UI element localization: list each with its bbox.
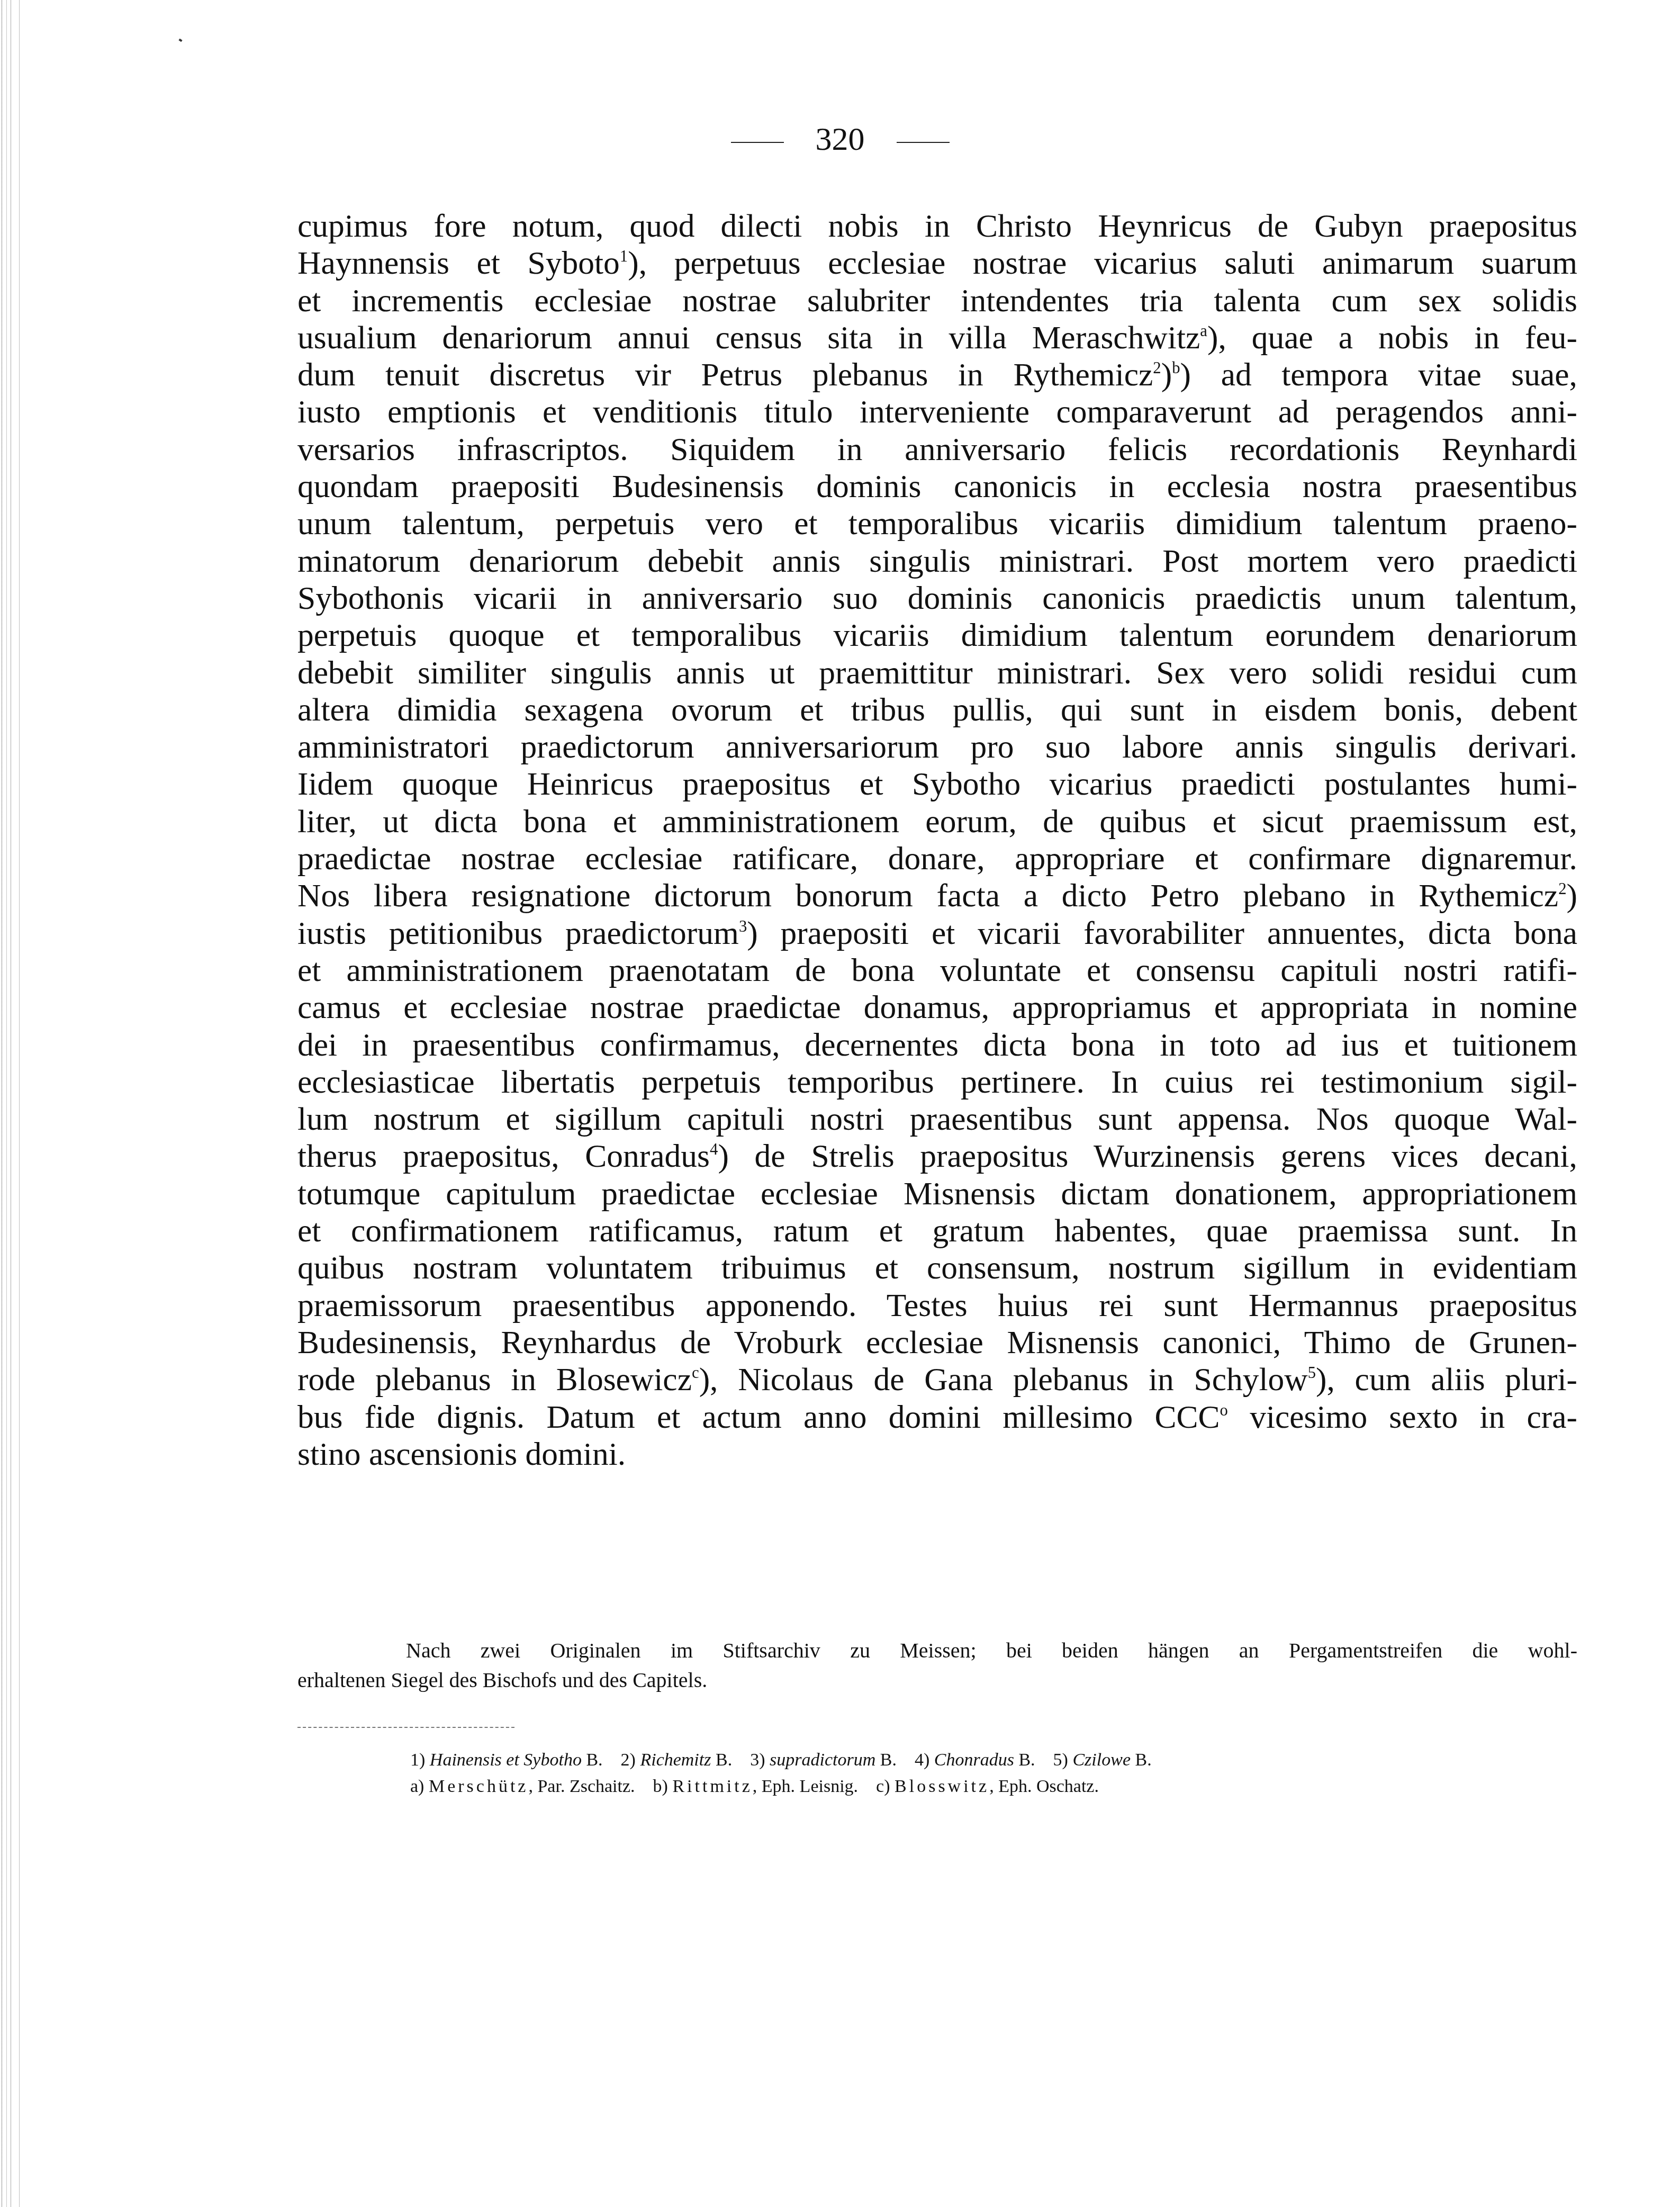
footnote-part: 5)	[1053, 1750, 1073, 1770]
text-run: iusto emptionis et venditionis titulo in…	[297, 394, 1577, 430]
text-run: therus praepositus, Conradus	[297, 1138, 710, 1174]
source-note-line-1: Nach zwei Originalen im Stiftsarchiv zu …	[297, 1636, 1577, 1665]
footnote-item: b) Rittmitz, Eph. Leisnig.	[653, 1777, 877, 1796]
footnote-item: 1) Hainensis et Sybotho B.	[410, 1750, 621, 1770]
footnotes: 1) Hainensis et Sybotho B. 2) Richemitz …	[410, 1747, 1170, 1800]
text-line: bus fide dignis. Datum et actum anno dom…	[297, 1399, 1577, 1436]
source-note-line-2: erhaltenen Siegel des Bischofs und des C…	[297, 1665, 1577, 1695]
source-note: Nach zwei Originalen im Stiftsarchiv zu …	[297, 1636, 1577, 1695]
text-line: iustis petitionibus praedictorum3) praep…	[297, 915, 1577, 952]
footnote-marker: 1	[620, 247, 628, 265]
text-run: dei in praesentibus confirmamus, decerne…	[297, 1027, 1577, 1063]
text-line: versarios infrascriptos. Siquidem in ann…	[297, 431, 1577, 468]
text-run: Budesinensis, Reynhardus de Vroburk eccl…	[297, 1325, 1577, 1361]
footnote-part: c)	[876, 1777, 895, 1796]
page-header: 320	[0, 121, 1680, 158]
text-line: et confirmationem ratificamus, ratum et …	[297, 1212, 1577, 1249]
charter-text: cupimus fore notum, quod dilecti nobis i…	[297, 208, 1577, 1473]
text-run: rode plebanus in Blosewicz	[297, 1362, 692, 1398]
text-run: camus et ecclesiae nostrae praedictae do…	[297, 989, 1577, 1025]
footnotes-lettered: a) Merschütz, Par. Zschaitz. b) Rittmitz…	[410, 1773, 1170, 1800]
text-run: et confirmationem ratificamus, ratum et …	[297, 1213, 1577, 1249]
footnote-marker: 4	[710, 1140, 718, 1158]
text-run: ), perpetuus ecclesiae nostrae vicarius …	[628, 245, 1577, 281]
footnote-marker: c	[692, 1364, 699, 1382]
footnote-part: Hainensis et Sybotho	[430, 1750, 582, 1770]
text-line: praemissorum praesentibus apponendo. Tes…	[297, 1287, 1577, 1324]
text-run: iustis petitionibus praedictorum	[297, 915, 739, 951]
footnotes-numbered: 1) Hainensis et Sybotho B. 2) Richemitz …	[410, 1747, 1170, 1773]
text-run: Haynnensis et Syboto	[297, 245, 620, 281]
text-run: )	[1161, 357, 1172, 393]
text-line: cupimus fore notum, quod dilecti nobis i…	[297, 208, 1577, 245]
text-run: cupimus fore notum, quod dilecti nobis i…	[297, 208, 1577, 244]
footnote-part: Czilowe	[1072, 1750, 1131, 1770]
text-line: minatorum denariorum debebit annis singu…	[297, 543, 1577, 580]
text-run: debebit similiter singulis annis ut prae…	[297, 655, 1577, 691]
scan-binding-edge	[0, 0, 29, 2207]
text-line: quibus nostram voluntatem tribuimus et c…	[297, 1249, 1577, 1286]
text-run: Sybothonis vicarii in anniversario suo d…	[297, 580, 1577, 616]
text-run: ) de Strelis praepositus Wurzinensis ger…	[718, 1138, 1577, 1174]
text-run: ), quae a nobis in feu-	[1207, 320, 1577, 356]
text-run: et amministrationem praenotatam de bona …	[297, 952, 1577, 988]
footnote-part: 3)	[750, 1750, 770, 1770]
text-run: ) praepositi et vicarii favorabiliter an…	[747, 915, 1577, 951]
footnote-item: c) Blosswitz, Eph. Oschatz.	[876, 1777, 1117, 1796]
footnote-item: a) Merschütz, Par. Zschaitz.	[410, 1777, 653, 1796]
text-run: quibus nostram voluntatem tribuimus et c…	[297, 1250, 1577, 1286]
text-line: stino ascensionis domini.	[297, 1436, 1577, 1473]
text-line: therus praepositus, Conradus4) de Streli…	[297, 1138, 1577, 1175]
footnote-part: B.	[875, 1750, 915, 1770]
footnote-part: 4)	[915, 1750, 934, 1770]
text-run: Iidem quoque Heinricus praepositus et Sy…	[297, 766, 1577, 802]
footnote-part: Chonradus	[934, 1750, 1014, 1770]
text-line: et amministrationem praenotatam de bona …	[297, 952, 1577, 989]
footnote-part: B.	[582, 1750, 621, 1770]
text-run: bus fide dignis. Datum et actum anno dom…	[297, 1399, 1220, 1435]
text-run: lum nostrum et sigillum capituli nostri …	[297, 1101, 1577, 1137]
text-run: usualium denariorum annui census sita in…	[297, 320, 1200, 356]
footnote-marker: a	[1200, 322, 1207, 340]
footnote-part: B.	[711, 1750, 751, 1770]
footnote-part: b)	[653, 1777, 673, 1796]
text-run: et incrementis ecclesiae nostrae salubri…	[297, 283, 1577, 319]
footnote-part: Blosswitz	[895, 1777, 989, 1796]
footnote-marker: b	[1172, 359, 1180, 377]
text-run: ecclesiasticae libertatis perpetuis temp…	[297, 1064, 1577, 1100]
text-run: quondam praepositi Budesinensis dominis …	[297, 469, 1577, 505]
scan-speck	[178, 39, 182, 42]
text-line: Nos libera resignatione dictorum bonorum…	[297, 877, 1577, 914]
text-line: liter, ut dicta bona et amministrationem…	[297, 803, 1577, 840]
text-run: ) ad tempora vitae suae,	[1180, 357, 1577, 393]
footnote-part: 1)	[410, 1750, 430, 1770]
text-line: et incrementis ecclesiae nostrae salubri…	[297, 282, 1577, 319]
footnote-part: 2)	[621, 1750, 640, 1770]
footnote-part: , Par. Zschaitz.	[528, 1777, 653, 1796]
text-run: vicesimo sexto in cra-	[1228, 1399, 1577, 1435]
footnote-part: Richemitz	[640, 1750, 711, 1770]
text-run: amministratori praedictorum anniversario…	[297, 729, 1577, 765]
footnote-part: a)	[410, 1777, 429, 1796]
text-line: Sybothonis vicarii in anniversario suo d…	[297, 580, 1577, 617]
text-line: altera dimidia sexagena ovorum et tribus…	[297, 691, 1577, 728]
footnote-item: 4) Chonradus B.	[915, 1750, 1053, 1770]
text-line: camus et ecclesiae nostrae praedictae do…	[297, 989, 1577, 1026]
text-line: iusto emptionis et venditionis titulo in…	[297, 393, 1577, 430]
text-line: debebit similiter singulis annis ut prae…	[297, 654, 1577, 691]
footnote-part: B.	[1131, 1750, 1170, 1770]
footnote-marker: 5	[1308, 1364, 1316, 1382]
text-run: totumque capitulum praedictae ecclesiae …	[297, 1176, 1577, 1212]
text-run: liter, ut dicta bona et amministrationem…	[297, 804, 1577, 840]
footnote-marker: 3	[739, 917, 747, 935]
footnote-marker: o	[1220, 1401, 1228, 1419]
text-line: perpetuis quoque et temporalibus vicarii…	[297, 617, 1577, 654]
footnote-separator	[297, 1727, 514, 1728]
text-line: rode plebanus in Blosewiczc), Nicolaus d…	[297, 1361, 1577, 1398]
text-run: ), Nicolaus de Gana plebanus in Schylow	[699, 1362, 1308, 1398]
text-line: unum talentum, perpetuis vero et tempora…	[297, 505, 1577, 542]
text-line: Haynnensis et Syboto1), perpetuus eccles…	[297, 245, 1577, 282]
header-rule-right	[897, 142, 950, 143]
footnote-part: supradictorum	[770, 1750, 875, 1770]
footnote-item: 5) Czilowe B.	[1053, 1750, 1170, 1770]
text-line: amministratori praedictorum anniversario…	[297, 728, 1577, 765]
footnote-item: 2) Richemitz B.	[621, 1750, 751, 1770]
footnote-marker: 2	[1558, 880, 1566, 898]
text-run: dum tenuit discretus vir Petrus plebanus…	[297, 357, 1153, 393]
footnote-part: , Eph. Oschatz.	[989, 1777, 1117, 1796]
footnote-part: Rittmitz	[672, 1777, 752, 1796]
text-line: Budesinensis, Reynhardus de Vroburk eccl…	[297, 1324, 1577, 1361]
text-run: Nos libera resignatione dictorum bonorum…	[297, 878, 1558, 914]
footnote-marker: 2	[1153, 359, 1161, 377]
text-run: perpetuis quoque et temporalibus vicarii…	[297, 617, 1577, 653]
footnote-item: 3) supradictorum B.	[750, 1750, 915, 1770]
text-line: totumque capitulum praedictae ecclesiae …	[297, 1175, 1577, 1212]
text-run: unum talentum, perpetuis vero et tempora…	[297, 506, 1577, 542]
text-line: usualium denariorum annui census sita in…	[297, 319, 1577, 356]
text-run: versarios infrascriptos. Siquidem in ann…	[297, 431, 1577, 467]
text-line: Iidem quoque Heinricus praepositus et Sy…	[297, 765, 1577, 803]
footnote-part: B.	[1014, 1750, 1053, 1770]
text-run: ), cum aliis pluri-	[1316, 1362, 1577, 1398]
text-run: praedictae nostrae ecclesiae ratificare,…	[297, 841, 1577, 877]
footnote-part: Merschütz	[429, 1777, 529, 1796]
text-line: praedictae nostrae ecclesiae ratificare,…	[297, 840, 1577, 877]
text-run: altera dimidia sexagena ovorum et tribus…	[297, 692, 1577, 728]
text-run: praemissorum praesentibus apponendo. Tes…	[297, 1287, 1577, 1323]
page-number: 320	[816, 121, 865, 157]
text-line: ecclesiasticae libertatis perpetuis temp…	[297, 1064, 1577, 1101]
text-run: stino ascensionis domini.	[297, 1436, 626, 1472]
text-line: dum tenuit discretus vir Petrus plebanus…	[297, 356, 1577, 393]
text-line: lum nostrum et sigillum capituli nostri …	[297, 1101, 1577, 1138]
text-line: quondam praepositi Budesinensis dominis …	[297, 468, 1577, 505]
text-run: minatorum denariorum debebit annis singu…	[297, 543, 1577, 579]
text-run: )	[1567, 878, 1577, 914]
footnote-part: , Eph. Leisnig.	[753, 1777, 876, 1796]
header-rule-left	[731, 142, 784, 143]
text-line: dei in praesentibus confirmamus, decerne…	[297, 1026, 1577, 1064]
